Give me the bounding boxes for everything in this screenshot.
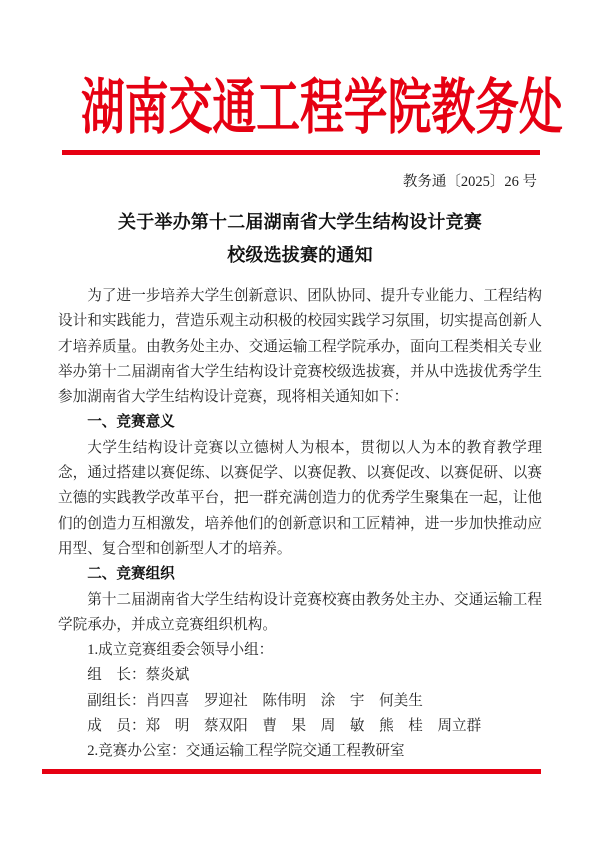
notice-title: 关于举办第十二届湖南省大学生结构设计竞赛 校级选拔赛的通知 <box>0 206 600 272</box>
notice-title-line-2: 校级选拔赛的通知 <box>0 239 600 272</box>
competition-office-line: 2.竞赛办公室：交通运输工程学院交通工程教研室 <box>58 739 542 764</box>
header-double-rule <box>62 150 540 155</box>
members-line: 成 员：郑 明 蔡双阳 曹 果 周 敏 熊 桂 周立群 <box>58 714 542 739</box>
leader-line: 组 长：蔡炎斌 <box>58 663 542 688</box>
doc-number: 教务通〔2025〕26 号 <box>403 172 537 192</box>
section-1-heading: 一、竞赛意义 <box>58 410 542 435</box>
section-1-paragraph: 大学生结构设计竞赛以立德树人为根本，贯彻以人为本的教育教学理念，通过搭建以赛促练… <box>58 436 542 562</box>
footer-double-rule <box>42 769 541 774</box>
intro-paragraph: 为了进一步培养大学生创新意识、团队协同、提升专业能力、工程结构设计和实践能力，营… <box>58 284 542 410</box>
committee-item-1: 1.成立竞赛组委会领导小组： <box>58 638 542 663</box>
document-page: 湖南交通工程学院教务处 教务通〔2025〕26 号 关于举办第十二届湖南省大学生… <box>0 0 600 848</box>
section-2-heading: 二、竞赛组织 <box>58 562 542 587</box>
document-body: 为了进一步培养大学生创新意识、团队协同、提升专业能力、工程结构设计和实践能力，营… <box>58 284 542 765</box>
notice-title-line-1: 关于举办第十二届湖南省大学生结构设计竞赛 <box>0 206 600 239</box>
section-2-paragraph: 第十二届湖南省大学生结构设计竞赛校赛由教务处主办、交通运输工程学院承办，并成立竞… <box>58 588 542 639</box>
deputy-leader-line: 副组长：肖四喜 罗迎社 陈伟明 涂 宇 何美生 <box>58 689 542 714</box>
masthead-title: 湖南交通工程学院教务处 <box>81 76 519 140</box>
